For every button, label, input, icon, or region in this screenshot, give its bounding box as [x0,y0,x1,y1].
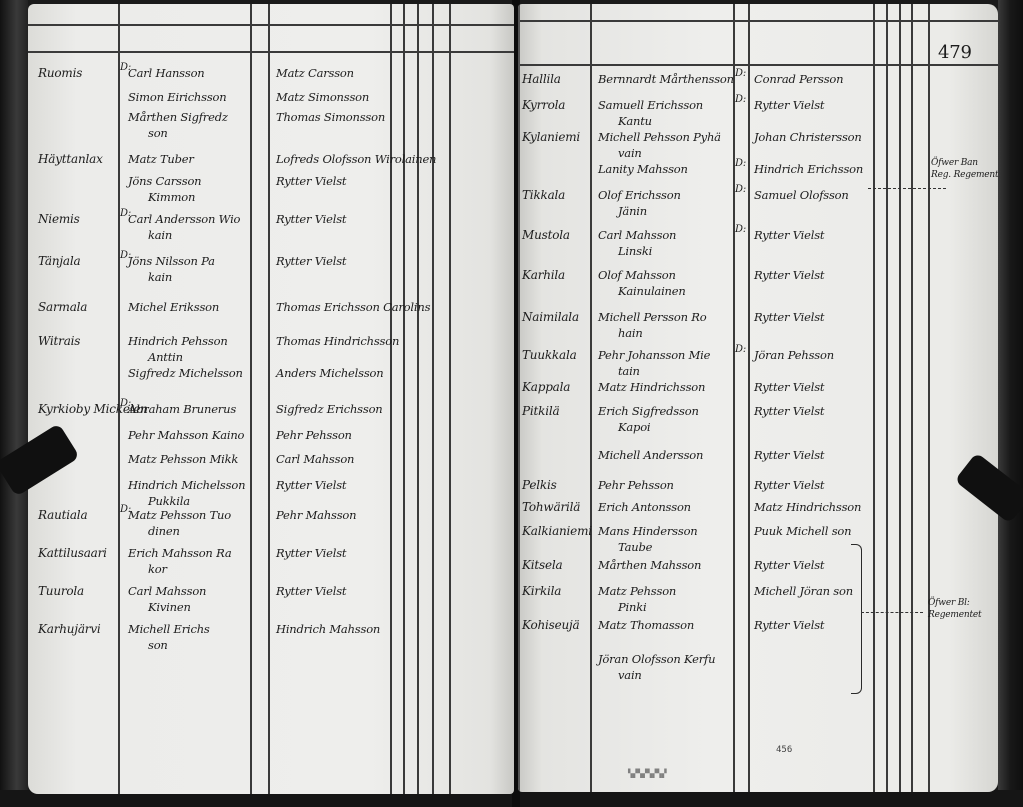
ledger-name-continuation: son [148,126,168,140]
column-divider [432,4,434,794]
ledger-place-name: Kalkianiemi [522,524,592,538]
ledger-person-name: Sigfredz Michelsson [128,366,243,380]
column-divider [250,4,252,794]
left-page: RuomisD:Carl HanssonMatz CarssonSimon Ei… [28,4,514,794]
ledger-entry: Rytter Vielst [754,98,824,112]
ledger-rank-mark: D: [735,158,746,169]
faded-stamp: ▚▞▚▞▚▞▚▞ [628,769,667,778]
grouping-brace [851,544,862,694]
ledger-place-name: Witrais [38,334,80,348]
archive-stamp-number: 456 [776,745,792,755]
ledger-person-name: Michell Erichs [128,622,210,636]
ledger-entry: Rytter Vielst [276,584,346,598]
ledger-person-name: Matz Hindrichsson [598,380,705,394]
book-binding-left [0,0,28,807]
ledger-name-continuation: Taube [618,540,652,554]
ledger-entry: Rytter Vielst [754,618,824,632]
ledger-person-name: Abraham Brunerus [128,402,236,416]
ledger-entry: Jöran Pehsson [754,348,834,362]
ledger-place-name: Niemis [38,212,80,226]
ledger-person-name: Carl Andersson Wio [128,212,240,226]
ledger-entry: Thomas Simonsson [276,110,385,124]
ledger-person-name: Mårthen Mahsson [598,558,701,572]
ledger-place-name: Pelkis [522,478,557,492]
ledger-entry: Sigfredz Erichsson [276,402,383,416]
ledger-person-name: Simon Eirichsson [128,90,226,104]
margin-note: Öfwer Ban [931,158,978,168]
book-binding-right [998,0,1023,807]
ledger-place-name: Kylaniemi [522,130,580,144]
ledger-person-name: Hindrich Michelsson [128,478,245,492]
ledger-rank-mark: D: [735,94,746,105]
ledger-person-name: Michell Andersson [598,448,703,462]
ledger-person-name: Olof Mahsson [598,268,676,282]
ledger-entry: Hindrich Mahsson [276,622,380,636]
ledger-person-name: Samuell Erichsson [598,98,703,112]
ledger-entry: Conrad Persson [754,72,843,86]
ledger-person-name: Bernnardt Mårthensson [598,72,734,86]
ledger-entry: Rytter Vielst [754,404,824,418]
ledger-entry: Rytter Vielst [276,212,346,226]
ledger-place-name: Mustola [522,228,570,242]
ledger-place-name: Häyttanlax [38,152,103,166]
ledger-place-name: Kohiseujä [522,618,580,632]
column-divider [449,4,451,794]
ledger-name-continuation: kain [148,228,172,242]
ledger-place-name: Kyrrola [522,98,565,112]
ledger-person-name: Pehr Mahsson Kaino [128,428,244,442]
ledger-entry: Rytter Vielst [754,558,824,572]
margin-note: Öfwer Bl: [928,598,970,608]
ledger-entry: Pehr Pehsson [276,428,352,442]
ledger-name-continuation: Kapoi [618,420,650,434]
ledger-name-continuation: dinen [148,524,180,538]
ledger-name-continuation: Anttin [148,350,183,364]
margin-note: Regementet [928,610,981,620]
column-divider [733,4,735,792]
column-divider [268,4,270,794]
page-number: 479 [938,42,972,63]
ledger-person-name: Pehr Johansson Mie [598,348,710,362]
ledger-place-name: Ruomis [38,66,82,80]
ledger-person-name: Matz Pehsson Mikk [128,452,238,466]
ledger-rank-mark: D: [735,184,746,195]
ledger-entry: Michell Jöran son [754,584,853,598]
column-divider [911,4,913,792]
ledger-person-name: Michell Pehsson Pyhä [598,130,721,144]
ledger-person-name: Michel Eriksson [128,300,219,314]
ledger-entry: Thomas Erichsson Carolins [276,300,430,314]
ledger-name-continuation: Kainulainen [618,284,686,298]
ledger-person-name: Matz Pehsson [598,584,676,598]
column-divider [873,4,875,792]
ledger-person-name: Lanity Mahsson [598,162,688,176]
ledger-person-name: Erich Mahsson Ra [128,546,231,560]
ledger-entry: Rytter Vielst [754,228,824,242]
ledger-person-name: Matz Thomasson [598,618,694,632]
column-divider [417,4,419,794]
ledger-place-name: Tuukkala [522,348,577,362]
ledger-name-continuation: vain [618,668,642,682]
ledger-entry: Rytter Vielst [754,478,824,492]
ledger-entry: Matz Carsson [276,66,354,80]
ledger-entry: Hindrich Erichsson [754,162,863,176]
ledger-entry: Rytter Vielst [754,448,824,462]
ledger-place-name: Karhila [522,268,565,282]
ledger-person-name: Jöran Olofsson Kerfu [598,652,715,666]
ledger-entry: Pehr Mahsson [276,508,356,522]
ledger-entry: Rytter Vielst [276,254,346,268]
ledger-person-name: Pehr Pehsson [598,478,674,492]
ledger-place-name: Hallila [522,72,561,86]
ledger-person-name: Jöns Carsson [128,174,201,188]
ledger-rank-mark: D: [735,344,746,355]
ledger-entry: Lofreds Olofsson Wirolainen [276,152,436,166]
ledger-person-name: Olof Erichsson [598,188,681,202]
ledger-name-continuation: vain [618,146,642,160]
ledger-person-name: Erich Antonsson [598,500,691,514]
ledger-entry: Anders Michelsson [276,366,383,380]
margin-connector [868,188,946,189]
ledger-person-name: Erich Sigfredsson [598,404,699,418]
ledger-place-name: Pitkilä [522,404,559,418]
ledger-name-continuation: Jänin [618,204,647,218]
ledger-name-continuation: Kivinen [148,600,191,614]
ledger-entry: Samuel Olofsson [754,188,849,202]
ledger-name-continuation: tain [618,364,640,378]
column-divider [928,4,930,792]
ledger-rank-mark: D: [735,68,746,79]
ledger-name-continuation: son [148,638,168,652]
ledger-person-name: Michell Persson Ro [598,310,706,324]
ledger-person-name: Matz Tuber [128,152,194,166]
ledger-name-continuation: Pukkila [148,494,190,508]
ledger-place-name: Karhujärvi [38,622,101,636]
ledger-place-name: Tänjala [38,254,80,268]
ledger-name-continuation: hain [618,326,643,340]
column-divider [403,4,405,794]
margin-note: Reg. Regement [931,170,998,180]
ledger-entry: Puuk Michell son [754,524,851,538]
ledger-place-name: Tikkala [522,188,565,202]
ledger-person-name: Carl Mahsson [598,228,676,242]
ledger-rank-mark: D: [735,224,746,235]
ledger-place-name: Kappala [522,380,570,394]
ledger-place-name: Kattilusaari [38,546,107,560]
column-divider [886,4,888,792]
column-divider [518,4,520,792]
ledger-place-name: Tohwärilä [522,500,580,514]
ledger-entry: Rytter Vielst [754,268,824,282]
ledger-place-name: Tuurola [38,584,84,598]
ledger-name-continuation: Kimmon [148,190,195,204]
ledger-person-name: Matz Pehsson Tuo [128,508,231,522]
ledger-person-name: Jöns Nilsson Pa [128,254,215,268]
margin-connector [861,612,923,613]
ledger-entry: Matz Simonsson [276,90,369,104]
ledger-person-name: Mårthen Sigfredz [128,110,228,124]
column-divider [748,4,750,792]
column-divider [590,4,592,792]
ledger-place-name: Sarmala [38,300,87,314]
ledger-entry: Carl Mahsson [276,452,354,466]
ledger-name-continuation: Pinki [618,600,646,614]
header-rule-bottom [28,51,514,53]
ledger-place-name: Naimilala [522,310,579,324]
ledger-person-name: Mans Hindersson [598,524,698,538]
right-page: 479 HallilaBernnardt MårthenssonD:Conrad… [518,4,998,792]
ledger-name-continuation: kor [148,562,167,576]
ledger-entry: Rytter Vielst [754,310,824,324]
ledger-person-name: Hindrich Pehsson [128,334,228,348]
ledger-entry: Rytter Vielst [754,380,824,394]
ledger-entry: Thomas Hindrichsson [276,334,399,348]
ledger-entry: Rytter Vielst [276,478,346,492]
ledger-place-name: Kitsela [522,558,562,572]
ledger-entry: Johan Christersson [754,130,862,144]
ledger-name-continuation: Kantu [618,114,652,128]
ledger-place-name: Kirkila [522,584,561,598]
ledger-entry: Rytter Vielst [276,174,346,188]
ledger-entry: Rytter Vielst [276,546,346,560]
ledger-name-continuation: kain [148,270,172,284]
column-divider [899,4,901,792]
ledger-person-name: Carl Mahsson [128,584,206,598]
header-rule-top [28,24,514,26]
ledger-entry: Matz Hindrichsson [754,500,861,514]
ledger-person-name: Carl Hansson [128,66,205,80]
ledger-place-name: Rautiala [38,508,87,522]
column-divider [390,4,392,794]
ledger-name-continuation: Linski [618,244,652,258]
